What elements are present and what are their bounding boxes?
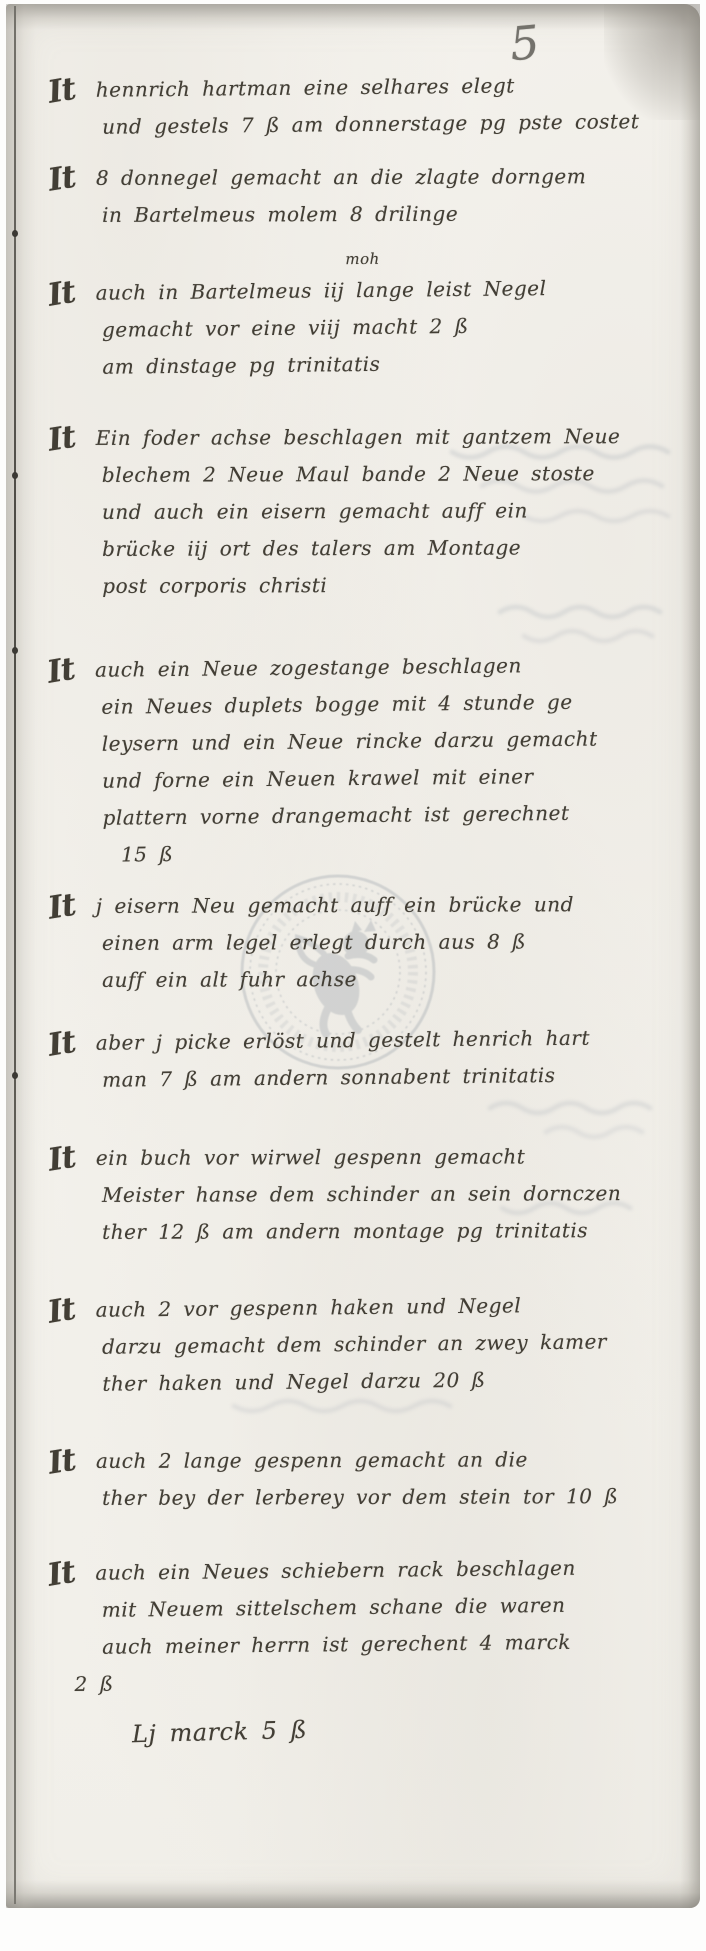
binding-edge-line: [14, 6, 16, 1904]
stitch-dot: [12, 1072, 18, 1079]
entry-text: Ein foder achse beschlagen mit gantzem N…: [96, 424, 621, 450]
ledger-entry-11: Itauch ein Neues schiebern rack beschlag…: [47, 1546, 679, 1704]
binding-gutter: [6, 4, 36, 1908]
entry-line: Itauch 2 lange gespenn gemacht an die: [48, 1438, 678, 1480]
ledger-entry-9: Itauch 2 vor gespenn haken und Negel dar…: [47, 1283, 678, 1404]
item-abbreviation: It: [45, 270, 98, 314]
entry-line: Itauch 2 vor gespenn haken und Negel: [47, 1283, 677, 1330]
entry-line: ther bey der lerberey vor dem stein tor …: [48, 1478, 678, 1517]
item-abbreviation: It: [45, 1287, 98, 1331]
entry-line: Itaber j picke erlöst und gestelt henric…: [48, 1016, 678, 1063]
item-abbreviation: It: [45, 67, 98, 111]
ledger-entry-8: Itein buch vor wirwel gespenn gemacht Me…: [48, 1135, 678, 1251]
entry-line: auff ein alt fuhr achse: [48, 960, 678, 999]
entry-line: einen arm legel erlegt durch aus 8 ß: [48, 923, 678, 962]
stitch-dot: [12, 647, 18, 654]
entry-line: Ithennrich hartman eine selhares elegt: [48, 63, 678, 110]
manuscript-photo: 5: [0, 0, 706, 1951]
ledger-entry-10: Itauch 2 lange gespenn gemacht an die th…: [48, 1438, 678, 1517]
entry-text: auch ein Neues schiebern rack beschlagen: [95, 1556, 576, 1585]
sum-line: Lj marck 5 ß: [132, 1716, 308, 1749]
entry-line: mohItauch in Bartelmeus iij lange leist …: [47, 266, 677, 313]
entry-text: j eisern Neu gemacht auff ein brücke und: [96, 892, 574, 918]
entry-text: 8 donnegel gemacht an die zlagte dorngem: [96, 164, 586, 190]
entry-line: It8 donnegel gemacht an die zlagte dorng…: [48, 155, 678, 197]
entry-text: auch 2 lange gespenn gemacht an die: [96, 1447, 528, 1473]
page-number: 5: [508, 15, 542, 71]
entry-line: und gestels 7 ß am donnerstage pg pste c…: [48, 103, 678, 147]
ledger-entry-1: Ithennrich hartman eine selhares elegt u…: [48, 63, 679, 147]
entry-line: post corporis christi: [48, 566, 678, 605]
entry-amount: 15 ß: [49, 831, 679, 875]
entry-text: auch 2 vor gespenn haken und Negel: [96, 1293, 522, 1321]
entry-line: Itauch ein Neues schiebern rack beschlag…: [47, 1546, 677, 1593]
entry-text: auch ein Neue zogestange beschlagen: [95, 653, 522, 681]
entry-line: Itj eisern Neu gemacht auff ein brücke u…: [48, 883, 678, 925]
entry-line: Itauch ein Neue zogestange beschlagen: [47, 643, 677, 690]
item-abbreviation: It: [45, 1550, 98, 1594]
ledger-entry-4: ItEin foder achse beschlagen mit gantzem…: [48, 415, 679, 605]
entry-text: aber j picke erlöst und gestelt henrich …: [96, 1026, 590, 1055]
interlinear-insertion: moh: [345, 252, 380, 267]
stitch-dot: [12, 472, 18, 479]
torn-edge-top: [6, 4, 700, 30]
ledger-entry-3: mohItauch in Bartelmeus iij lange leist …: [47, 266, 678, 387]
ledger-entry-2: It8 donnegel gemacht an die zlagte dorng…: [48, 155, 678, 234]
entry-line: brücke iij ort des talers am Montage: [48, 529, 678, 568]
item-abbreviation: It: [45, 415, 98, 459]
ledger-entry-6: Itj eisern Neu gemacht auff ein brücke u…: [48, 883, 678, 999]
entry-line: ther 12 ß am andern montage pg trinitati…: [48, 1212, 678, 1251]
item-abbreviation: It: [46, 155, 99, 199]
entry-line: Itein buch vor wirwel gespenn gemacht: [48, 1135, 678, 1177]
entry-line: man 7 ß am andern sonnabent trinitatis: [48, 1056, 678, 1100]
item-abbreviation: It: [45, 647, 98, 691]
entry-text: auch in Bartelmeus iij lange leist Negel: [96, 276, 547, 305]
entry-text: hennrich hartman eine selhares elegt: [96, 73, 515, 101]
manuscript-page: 5: [6, 4, 700, 1908]
entry-amount: 2 ß: [48, 1660, 678, 1704]
entry-line: am dinstage pg trinitatis: [48, 343, 678, 387]
stitch-dot: [12, 230, 18, 237]
entry-line: ItEin foder achse beschlagen mit gantzem…: [48, 415, 678, 457]
item-abbreviation: It: [46, 883, 99, 927]
entry-line: ther haken und Negel darzu 20 ß: [48, 1360, 678, 1404]
bleed-through-mark: [446, 596, 666, 650]
entry-text: ein buch vor wirwel gespenn gemacht: [96, 1144, 526, 1169]
item-abbreviation: It: [46, 1438, 99, 1482]
item-abbreviation: It: [46, 1135, 99, 1179]
entry-line: in Bartelmeus molem 8 drilinge: [48, 195, 678, 234]
entry-line: blechem 2 Neue Maul bande 2 Neue stoste: [48, 455, 678, 494]
item-abbreviation: It: [45, 1020, 98, 1064]
ledger-entry-7: Itaber j picke erlöst und gestelt henric…: [48, 1016, 679, 1100]
ledger-entry-5: Itauch ein Neue zogestange beschlagen ei…: [47, 643, 679, 875]
torn-edge-right: [680, 4, 700, 1908]
entry-line: und auch ein eisern gemacht auff ein: [48, 492, 678, 531]
torn-edge-bottom: [6, 1880, 700, 1908]
entry-line: Meister hanse dem schinder an sein dornc…: [48, 1175, 678, 1214]
